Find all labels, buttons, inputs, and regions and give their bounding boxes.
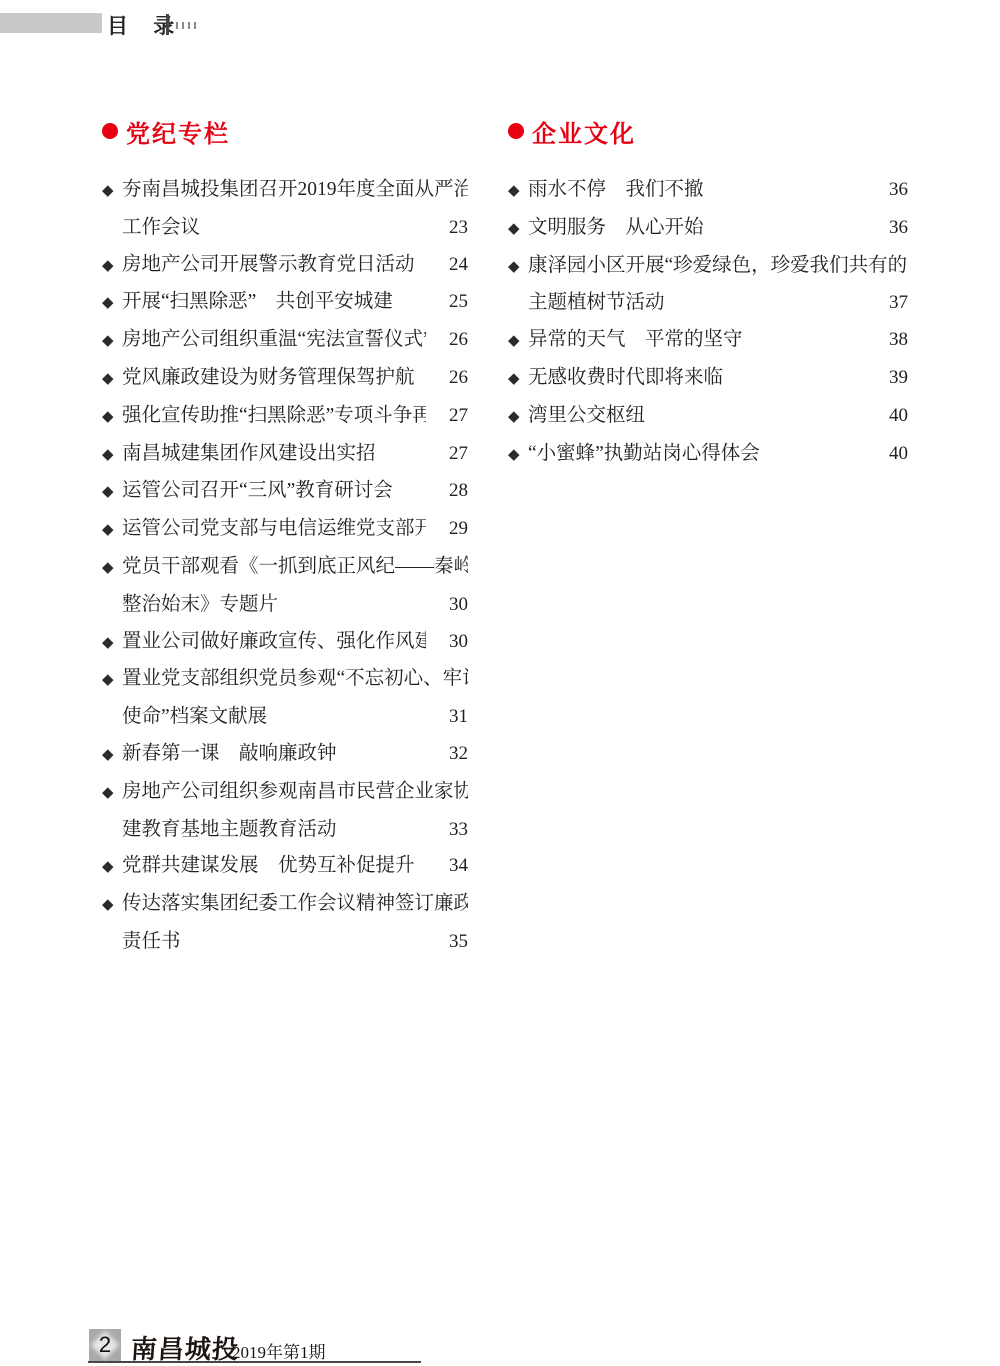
toc-entry[interactable]: ◆南昌城建集团作风建设出实招27: [102, 436, 468, 474]
toc-entry[interactable]: ◆文明服务 从心开始36: [508, 210, 908, 248]
toc-entry[interactable]: ◆夯南昌城投集团召开2019年度全面从严治党工作会议23: [102, 172, 468, 247]
toc-entry-line: ◆开展“扫黑除恶” 共创平安城建25: [102, 284, 468, 322]
diamond-bullet-icon: ◆: [102, 512, 122, 549]
diamond-bullet-icon: ◆: [508, 323, 528, 360]
entry-title: 传达落实集团纪委工作会议精神签订廉政建设: [122, 886, 468, 923]
toc-page: 目 录 党纪专栏◆夯南昌城投集团召开2019年度全面从严治党工作会议23◆房地产…: [0, 0, 1000, 1366]
toc-entry-line: ◆运管公司召开“三风”教育研讨会28: [102, 473, 468, 511]
entry-page-number: 32: [434, 736, 468, 773]
entry-page-number: 25: [434, 284, 468, 321]
toc-entry[interactable]: ◆湾里公交枢纽40: [508, 398, 908, 436]
diamond-bullet-icon: ◆: [102, 625, 122, 662]
entry-page-number: 36: [874, 210, 908, 247]
diamond-bullet-icon: ◆: [102, 399, 122, 436]
toc-entry[interactable]: ◆强化宣传助推“扫黑除恶”专项斗争再掀高潮27: [102, 398, 468, 436]
section-title: 企业文化: [532, 114, 636, 149]
entry-page-number: 27: [434, 398, 468, 435]
toc-entry[interactable]: ◆运管公司党支部与电信运维党支部开展党建翼联29: [102, 511, 468, 549]
diamond-bullet-icon: ◆: [508, 173, 528, 210]
toc-entry-line: ◆党风廉政建设为财务管理保驾护航26: [102, 360, 468, 398]
toc-entry[interactable]: ◆ “小蜜蜂”执勤站岗心得体会40: [508, 436, 908, 474]
toc-entry-line: ◆文明服务 从心开始36: [508, 210, 908, 248]
entry-page-number: 29: [434, 511, 468, 548]
entry-title: “小蜜蜂”执勤站岗心得体会: [528, 436, 866, 473]
entry-title: 强化宣传助推“扫黑除恶”专项斗争再掀高潮: [122, 398, 426, 435]
diamond-bullet-icon: ◆: [102, 248, 122, 285]
entry-page-number: 30: [434, 587, 468, 624]
entry-title: 责任书: [122, 924, 426, 961]
toc-entry-line: ◆异常的天气 平常的坚守38: [508, 322, 908, 360]
diamond-bullet-icon: ◆: [102, 361, 122, 398]
entry-title: 运管公司党支部与电信运维党支部开展党建翼联: [122, 511, 426, 548]
toc-entry-line: ◆湾里公交枢纽40: [508, 398, 908, 436]
section-header: 党纪专栏: [102, 116, 468, 146]
bullet-dot-icon: [102, 123, 118, 139]
entry-title: 房地产公司开展警示教育党日活动: [122, 247, 426, 284]
magazine-name: 南昌城投: [130, 1329, 241, 1366]
page-number-badge: 2: [89, 1329, 121, 1361]
entry-title: 建教育基地主题教育活动: [122, 812, 426, 849]
entry-title: 异常的天气 平常的坚守: [528, 322, 866, 359]
entry-page-number: 33: [434, 812, 468, 849]
diamond-bullet-icon: ◆: [102, 662, 122, 699]
toc-entry-line: 工作会议23: [102, 210, 468, 247]
toc-entry[interactable]: ◆房地产公司组织重温“宪法宣誓仪式”26: [102, 322, 468, 360]
toc-entry-line: ◆房地产公司组织参观南昌市民营企业家协会党: [102, 774, 468, 812]
toc-entry[interactable]: ◆无感收费时代即将来临39: [508, 360, 908, 398]
page-number: 2: [89, 1329, 121, 1361]
toc-entry-line: ◆雨水不停 我们不撤36: [508, 172, 908, 210]
entry-title: 无感收费时代即将来临: [528, 360, 866, 397]
toc-entry-line: ◆房地产公司组织重温“宪法宣誓仪式”26: [102, 322, 468, 360]
toc-entry[interactable]: ◆传达落实集团纪委工作会议精神签订廉政建设责任书35: [102, 886, 468, 961]
diamond-bullet-icon: ◆: [508, 399, 528, 436]
toc-entry-line: 建教育基地主题教育活动33: [102, 812, 468, 849]
entry-title: 使命”档案文献展: [122, 699, 426, 736]
entry-title: 湾里公交枢纽: [528, 398, 866, 435]
diamond-bullet-icon: ◆: [102, 775, 122, 812]
toc-entry-line: ◆南昌城建集团作风建设出实招27: [102, 436, 468, 474]
entry-page-number: 39: [874, 360, 908, 397]
entry-title: 工作会议: [122, 210, 426, 247]
toc-entry-line: 责任书35: [102, 924, 468, 961]
entry-page-number: 31: [434, 699, 468, 736]
entry-page-number: 38: [874, 322, 908, 359]
toc-entry[interactable]: ◆雨水不停 我们不撤36: [508, 172, 908, 210]
entry-page-number: 40: [874, 398, 908, 435]
toc-entry-line: ◆置业公司做好廉政宣传、强化作风建设30: [102, 624, 468, 662]
toc-entry[interactable]: ◆党员干部观看《一抓到底正风纪——秦岭违建整治始末》专题片30: [102, 549, 468, 624]
entry-page-number: 28: [434, 473, 468, 510]
entry-page-number: 26: [434, 360, 468, 397]
toc-entry[interactable]: ◆运管公司召开“三风”教育研讨会28: [102, 473, 468, 511]
header-divider: [166, 14, 169, 35]
page-title: 目 录: [107, 10, 184, 40]
toc-entry-line: ◆新春第一课 敲响廉政钟32: [102, 736, 468, 774]
entry-page-number: 24: [434, 247, 468, 284]
toc-entry-line: 使命”档案文献展31: [102, 699, 468, 736]
entry-page-number: 30: [434, 624, 468, 661]
entry-page-number: 23: [434, 210, 468, 247]
toc-entry[interactable]: ◆置业公司做好廉政宣传、强化作风建设30: [102, 624, 468, 662]
entry-title: 夯南昌城投集团召开2019年度全面从严治党: [122, 172, 468, 209]
toc-entry-line: ◆传达落实集团纪委工作会议精神签订廉政建设: [102, 886, 468, 924]
entry-page-number: 26: [434, 322, 468, 359]
entry-page-number: 36: [874, 172, 908, 209]
toc-entry[interactable]: ◆房地产公司开展警示教育党日活动24: [102, 247, 468, 285]
toc-entry-line: ◆康泽园小区开展“珍爱绿色，珍爱我们共有的家园”: [508, 248, 908, 286]
toc-entry-line: ◆ “小蜜蜂”执勤站岗心得体会40: [508, 436, 908, 474]
entry-title: 置业公司做好廉政宣传、强化作风建设: [122, 624, 426, 661]
entry-title: 置业党支部组织党员参观“不忘初心、牢记: [122, 661, 468, 698]
entry-page-number: 27: [434, 436, 468, 473]
toc-entry-line: 主题植树节活动37: [508, 285, 908, 322]
toc-entry-line: ◆置业党支部组织党员参观“不忘初心、牢记: [102, 661, 468, 699]
toc-entry-line: ◆强化宣传助推“扫黑除恶”专项斗争再掀高潮27: [102, 398, 468, 436]
toc-entry[interactable]: ◆异常的天气 平常的坚守38: [508, 322, 908, 360]
entry-title: 党风廉政建设为财务管理保驾护航: [122, 360, 426, 397]
issue-label: 2019年第1期: [232, 1338, 326, 1363]
entry-title: 党员干部观看《一抓到底正风纪——秦岭违建: [122, 549, 468, 586]
entry-title: 房地产公司组织参观南昌市民营企业家协会党: [122, 774, 468, 811]
toc-entry-line: ◆党员干部观看《一抓到底正风纪——秦岭违建: [102, 549, 468, 587]
diamond-bullet-icon: ◆: [508, 361, 528, 398]
toc-entry[interactable]: ◆新春第一课 敲响廉政钟32: [102, 736, 468, 774]
bullet-dot-icon: [508, 123, 524, 139]
entry-title: 党群共建谋发展 优势互补促提升: [122, 848, 426, 885]
diamond-bullet-icon: ◆: [102, 323, 122, 360]
diamond-bullet-icon: ◆: [102, 437, 122, 474]
entry-title: 南昌城建集团作风建设出实招: [122, 436, 426, 473]
entry-title: 主题植树节活动: [528, 285, 866, 322]
tick-marks-icon: [176, 22, 196, 29]
toc-entry[interactable]: ◆置业党支部组织党员参观“不忘初心、牢记使命”档案文献展31: [102, 661, 468, 736]
section-header: 企业文化: [508, 116, 908, 146]
section-corporate-culture: 企业文化◆雨水不停 我们不撤36◆文明服务 从心开始36◆康泽园小区开展“珍爱绿…: [508, 116, 908, 473]
diamond-bullet-icon: ◆: [102, 737, 122, 774]
toc-entry-line: ◆运管公司党支部与电信运维党支部开展党建翼联29: [102, 511, 468, 549]
toc-entry-line: 整治始末》专题片30: [102, 587, 468, 624]
section-party-discipline: 党纪专栏◆夯南昌城投集团召开2019年度全面从严治党工作会议23◆房地产公司开展…: [102, 116, 468, 961]
diamond-bullet-icon: ◆: [508, 437, 528, 474]
diamond-bullet-icon: ◆: [102, 550, 122, 587]
toc-entry[interactable]: ◆开展“扫黑除恶” 共创平安城建25: [102, 284, 468, 322]
entry-title: 雨水不停 我们不撤: [528, 172, 866, 209]
entry-title: 文明服务 从心开始: [528, 210, 866, 247]
diamond-bullet-icon: ◆: [102, 173, 122, 210]
diamond-bullet-icon: ◆: [508, 249, 528, 286]
toc-entry-line: ◆夯南昌城投集团召开2019年度全面从严治党: [102, 172, 468, 210]
entry-title: 房地产公司组织重温“宪法宣誓仪式”: [122, 322, 426, 359]
diamond-bullet-icon: ◆: [102, 285, 122, 322]
diamond-bullet-icon: ◆: [508, 211, 528, 248]
entry-page-number: 35: [434, 924, 468, 961]
entry-title: 康泽园小区开展“珍爱绿色，珍爱我们共有的家园”: [528, 248, 908, 285]
diamond-bullet-icon: ◆: [102, 474, 122, 511]
entry-title: 新春第一课 敲响廉政钟: [122, 736, 426, 773]
toc-entry[interactable]: ◆康泽园小区开展“珍爱绿色，珍爱我们共有的家园”主题植树节活动37: [508, 248, 908, 323]
header-gray-bar: [0, 13, 102, 33]
section-title: 党纪专栏: [126, 114, 230, 149]
entry-title: 整治始末》专题片: [122, 587, 426, 624]
diamond-bullet-icon: ◆: [102, 887, 122, 924]
diamond-bullet-icon: ◆: [102, 849, 122, 886]
entry-page-number: 34: [434, 848, 468, 885]
toc-entry-line: ◆党群共建谋发展 优势互补促提升34: [102, 848, 468, 886]
entry-title: 运管公司召开“三风”教育研讨会: [122, 473, 426, 510]
toc-entry-line: ◆房地产公司开展警示教育党日活动24: [102, 247, 468, 285]
entry-page-number: 40: [874, 436, 908, 473]
entry-page-number: 37: [874, 285, 908, 322]
toc-entry[interactable]: ◆房地产公司组织参观南昌市民营企业家协会党建教育基地主题教育活动33: [102, 774, 468, 849]
toc-entry[interactable]: ◆党风廉政建设为财务管理保驾护航26: [102, 360, 468, 398]
entry-title: 开展“扫黑除恶” 共创平安城建: [122, 284, 426, 321]
toc-entry-line: ◆无感收费时代即将来临39: [508, 360, 908, 398]
toc-entry[interactable]: ◆党群共建谋发展 优势互补促提升34: [102, 848, 468, 886]
